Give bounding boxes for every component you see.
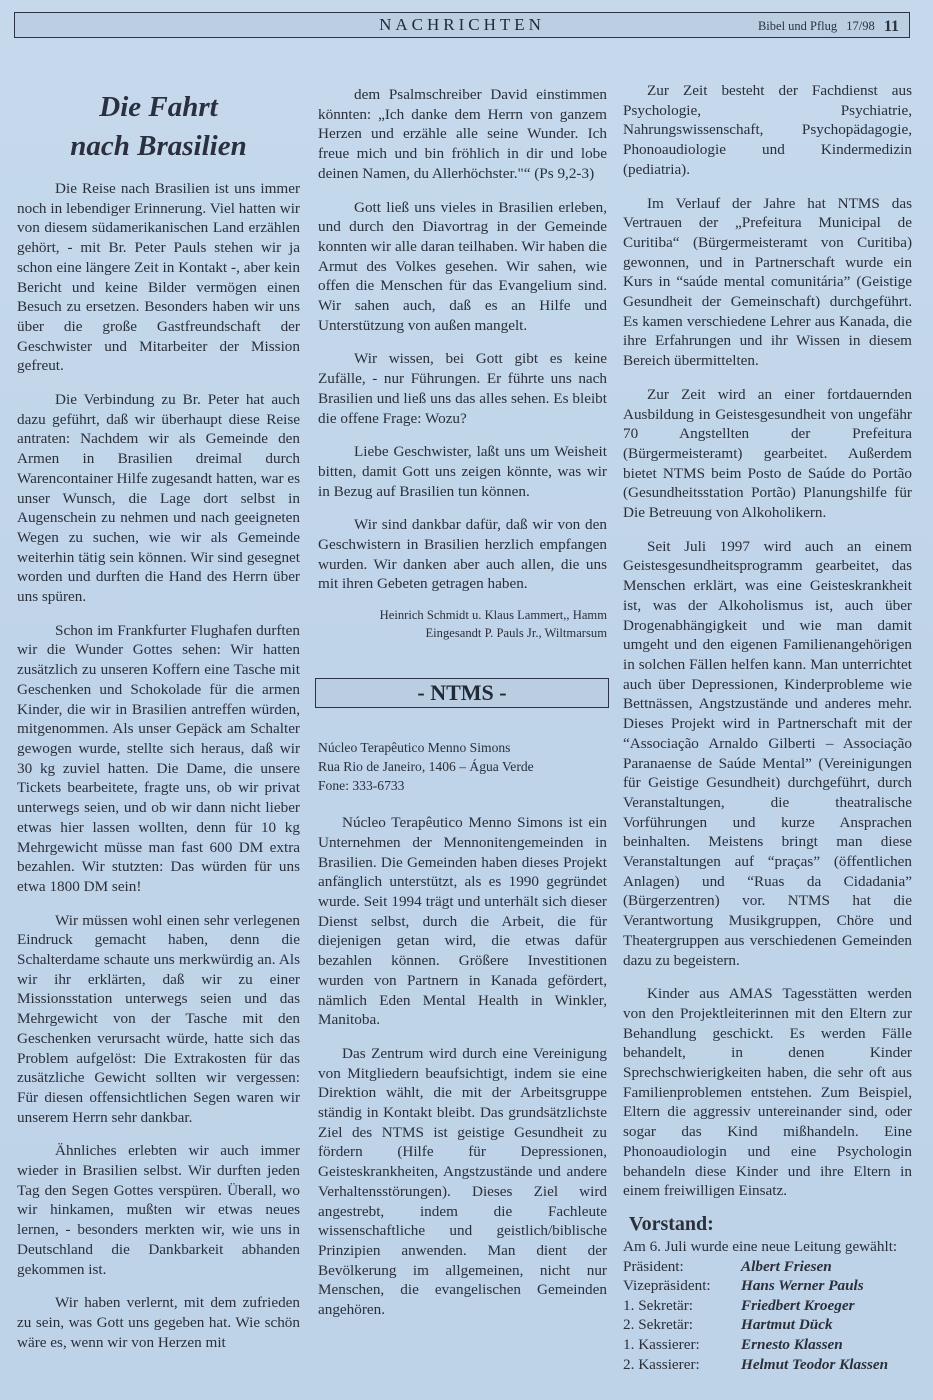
page-number: 11 [884,18,899,35]
board-role: Vizepräsident: [623,1276,741,1296]
paragraph: Kinder aus AMAS Tagesstätten werden von … [623,984,912,1201]
board-role: Präsident: [623,1257,741,1277]
paragraph: Ähnliches erlebten wir auch immer wieder… [17,1141,300,1279]
paragraph: Wir haben verlernt, mit dem zufrieden zu… [17,1293,300,1352]
issue-number: 17/98 [846,19,874,33]
paragraph: Seit Juli 1997 wird auch an einem Geiste… [623,537,912,970]
address-organization: Núcleo Terapêutico Menno Simons [318,738,607,757]
address-phone: Fone: 333-6733 [318,776,607,795]
address-street: Rua Rio de Janeiro, 1406 – Água Verde [318,757,607,776]
paragraph: Gott ließ uns vieles in Brasilien erlebe… [318,198,607,336]
paragraph: Wir wissen, bei Gott gibt es keine Zufäl… [318,349,607,428]
board-role: 2. Kassierer: [623,1355,741,1375]
board-role: 2. Sekretär: [623,1315,741,1335]
page-header: NACHRICHTEN Bibel und Pflug 17/98 11 [14,12,910,38]
paragraph: Wir müssen wohl einen sehr verlegenen Ei… [17,911,300,1128]
column-3: Zur Zeit besteht der Fachdienst aus Psyc… [623,81,912,1374]
board-intro: Am 6. Juli wurde eine neue Leitung gewäh… [623,1237,912,1257]
article-title: Die Fahrt nach Brasilien [17,88,300,166]
paragraph: Schon im Frankfurter Flughafen durften w… [17,621,300,897]
paragraph: Im Verlauf der Jahre hat NTMS das Vertra… [623,194,912,371]
paragraph: Zur Zeit wird an einer fortdauernden Aus… [623,385,912,523]
paragraph: Die Reise nach Brasilien ist uns immer n… [17,179,300,376]
board-row: 1. Kassierer: Ernesto Klassen [623,1335,912,1355]
board-name: Hans Werner Pauls [741,1276,912,1296]
board-name: Hartmut Dück [741,1315,912,1335]
board-row: 2. Kassierer: Helmut Teodor Klassen [623,1355,912,1375]
paragraph: Liebe Geschwister, laßt uns um Weisheit … [318,442,607,501]
board-name: Ernesto Klassen [741,1335,912,1355]
publication-name: Bibel und Pflug [758,19,837,33]
board-members-table: Präsident: Albert Friesen Vizepräsident:… [623,1257,912,1375]
column-1: Die Fahrt nach Brasilien Die Reise nach … [17,88,300,1366]
newspaper-page: NACHRICHTEN Bibel und Pflug 17/98 11 Die… [0,0,933,1400]
paragraph: Núcleo Terapêutico Menno Simons ist ein … [318,813,607,1030]
article-signature: Heinrich Schmidt u. Klaus Lammert,, Hamm… [318,606,607,642]
board-row: Vizepräsident: Hans Werner Pauls [623,1276,912,1296]
board-row: 1. Sekretär: Friedbert Kroeger [623,1296,912,1316]
paragraph: Die Verbindung zu Br. Peter hat auch daz… [17,390,300,607]
board-name: Helmut Teodor Klassen [741,1355,912,1375]
ntms-address: Núcleo Terapêutico Menno Simons Rua Rio … [318,738,607,795]
signature-authors: Heinrich Schmidt u. Klaus Lammert,, Hamm [318,606,607,624]
column-2: dem Psalmschreiber David einstimmen könn… [318,85,607,1334]
ntms-section-heading: - NTMS - [315,678,609,708]
paragraph: Wir sind dankbar dafür, daß wir von den … [318,515,607,594]
board-name: Friedbert Kroeger [741,1296,912,1316]
paragraph: Das Zentrum wird durch eine Vereinigung … [318,1044,607,1320]
board-row: Präsident: Albert Friesen [623,1257,912,1277]
board-heading: Vorstand: [629,1213,912,1235]
board-role: 1. Sekretär: [623,1296,741,1316]
article-title-line-1: Die Fahrt [17,88,300,127]
board-name: Albert Friesen [741,1257,912,1277]
paragraph: Zur Zeit besteht der Fachdienst aus Psyc… [623,81,912,180]
paragraph-continued: dem Psalmschreiber David einstimmen könn… [318,85,607,184]
board-role: 1. Kassierer: [623,1335,741,1355]
publication-info: Bibel und Pflug 17/98 11 [758,17,899,35]
signature-submitter: Eingesandt P. Pauls Jr., Wiltmarsum [318,624,607,642]
article-title-line-2: nach Brasilien [17,127,300,166]
board-row: 2. Sekretär: Hartmut Dück [623,1315,912,1335]
ntms-body: Núcleo Terapêutico Menno Simons ist ein … [318,813,607,1320]
